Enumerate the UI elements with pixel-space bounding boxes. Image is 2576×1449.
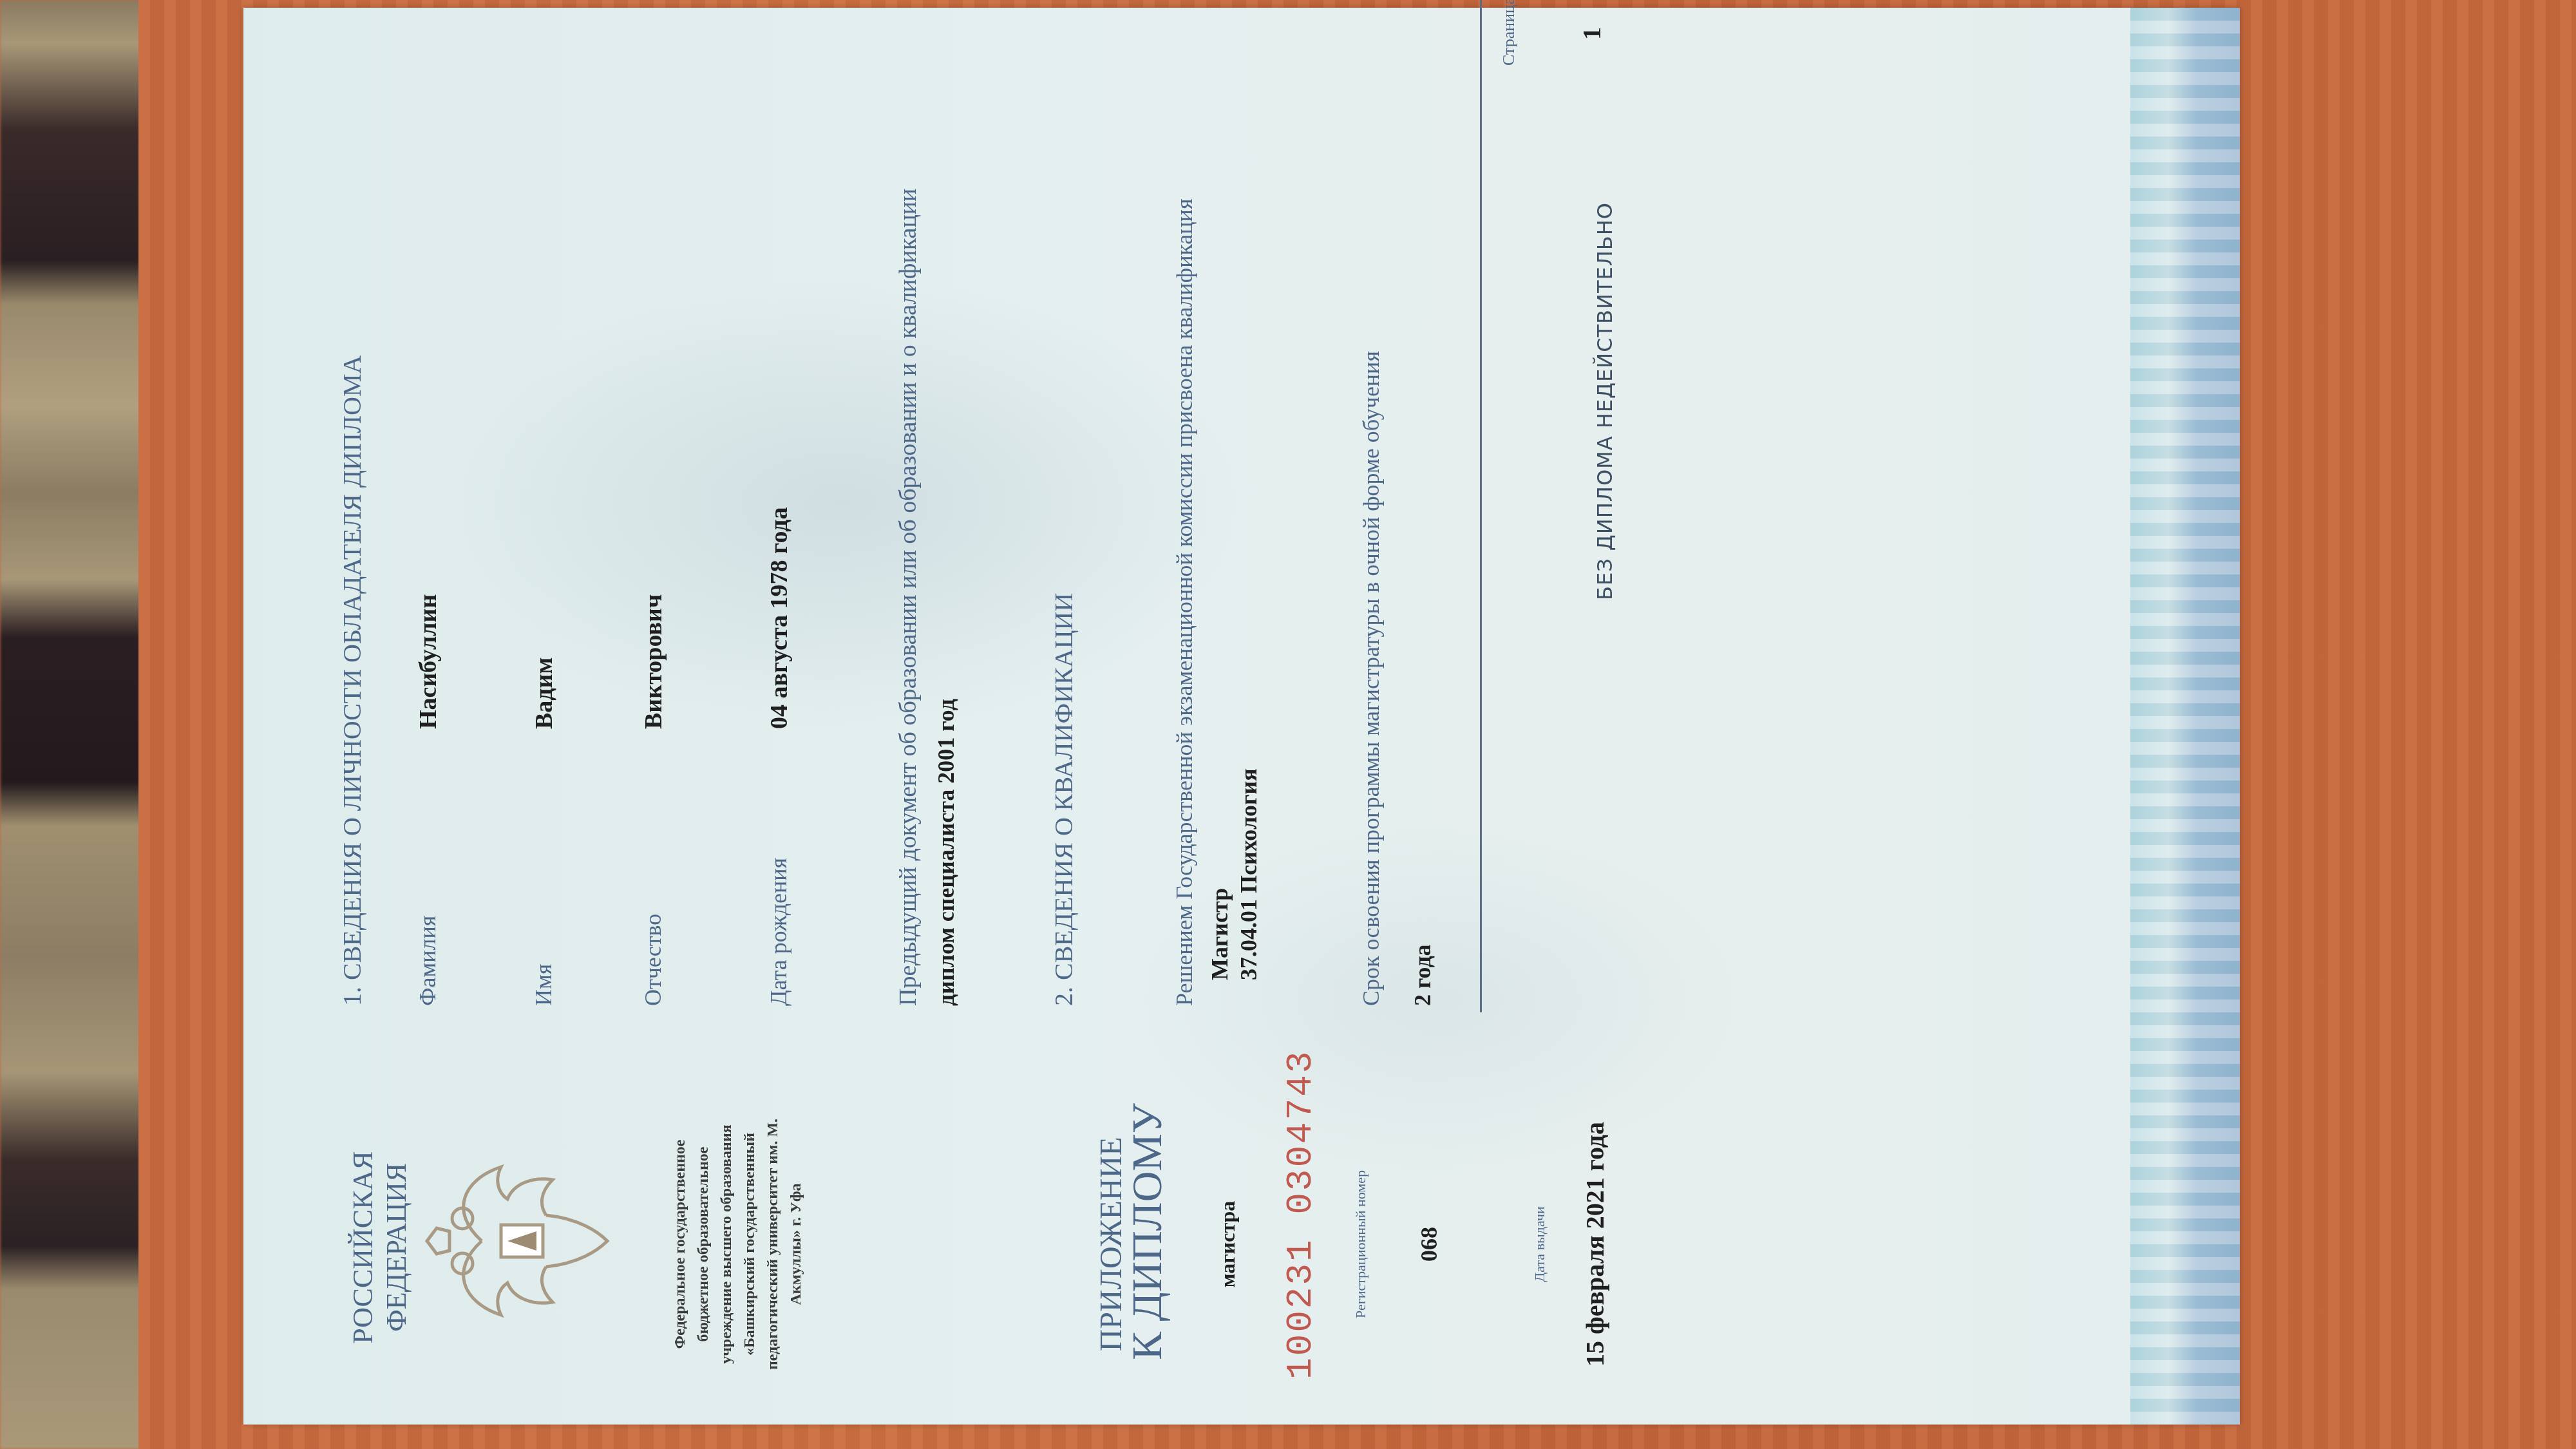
page-label: Страница [1499, 0, 1519, 66]
appendix-title-line-2: К ДИПЛОМУ [1130, 1128, 1166, 1360]
country-title: РОССИЙСКАЯ ФЕДЕРАЦИЯ [346, 1151, 413, 1344]
surname-label: Фамилия [414, 916, 441, 1006]
divider-line [1480, 0, 1482, 1012]
section-1-title: 1. СВЕДЕНИЯ О ЛИЧНОСТИ ОБЛАДАТЕЛЯ ДИПЛОМ… [337, 355, 367, 1006]
study-term-label: Срок освоения программы магистратуры в о… [1358, 351, 1385, 1006]
country-line-1: РОССИЙСКАЯ [346, 1151, 380, 1344]
coat-of-arms-icon [424, 1154, 617, 1328]
qualification-value: Магистр [1206, 888, 1233, 980]
page-number: 1 [1577, 27, 1607, 40]
surname-value: Насибуллин [414, 594, 442, 729]
previous-document-label: Предыдущий документ об образовании или о… [894, 189, 922, 1006]
country-line-2: ФЕДЕРАЦИЯ [380, 1151, 413, 1344]
degree-level: магистра [1216, 1128, 1240, 1360]
name-label: Имя [530, 964, 557, 1006]
serial-number: 100231 0304743 [1280, 1109, 1321, 1379]
document-content: РОССИЙСКАЯ ФЕДЕРАЦИЯ Федеральное государ… [243, 8, 2240, 1425]
issue-date: 15 февраля 2021 года [1580, 1103, 1610, 1386]
registration-number: 068 [1416, 1160, 1443, 1328]
validity-note: БЕЗ ДИПЛОМА НЕДЕЙСТВИТЕЛЬНО [1593, 202, 1617, 600]
registration-label: Регистрационный номер [1351, 1160, 1370, 1328]
patronymic-value: Викторович [639, 594, 668, 729]
qualification-decision-text: Решением Государственной экзаменационной… [1171, 199, 1198, 1006]
appendix-title: ПРИЛОЖЕНИЕ К ДИПЛОМУ [1094, 1128, 1166, 1360]
floor-background [0, 0, 161, 1449]
diploma-supplement-sheet: РОССИЙСКАЯ ФЕДЕРАЦИЯ Федеральное государ… [243, 8, 2240, 1425]
name-value: Вадим [530, 658, 558, 729]
previous-document-value: диплом специалиста 2001 год [933, 699, 960, 1006]
patronymic-label: Отчество [639, 914, 667, 1006]
issue-date-label: Дата выдачи [1531, 1160, 1548, 1328]
specialty-value: 37.04.01 Психология [1235, 768, 1262, 980]
organization-name: Федеральное государственное бюджетное об… [668, 1109, 808, 1379]
study-term-value: 2 года [1409, 944, 1436, 1006]
section-2-title: 2. СВЕДЕНИЯ О КВАЛИФИКАЦИИ [1048, 593, 1079, 1006]
birth-date-value: 04 августа 1978 года [765, 507, 793, 729]
birth-date-label: Дата рождения [765, 858, 792, 1006]
